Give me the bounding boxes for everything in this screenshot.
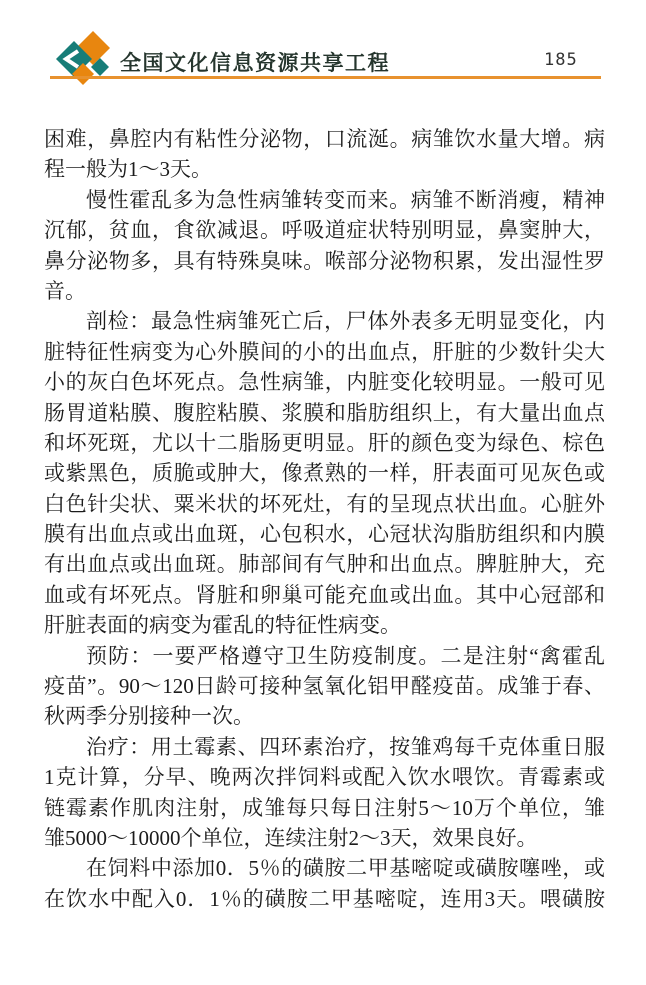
text-line: 在饲料中添加0．5％的磺胺二甲基嘧啶或磺胺噻唑，或 [44,853,605,883]
page-number: 185 [544,50,578,70]
text-line: 血或有坏死点。肾脏和卵巢可能充血或出血。其中心冠部和 [44,580,605,610]
text-line: 链霉素作肌肉注射，成雏每只每日注射5～10万个单位，雏 [44,793,605,823]
book-page: 全国文化信息资源共享工程 185 困难，鼻腔内有粘性分泌物，口流涎。病雏饮水量大… [0,0,646,985]
text-line: 预防：一要严格遵守卫生防疫制度。二是注射“禽霍乱 [44,641,605,671]
text-line: 音。 [44,276,605,306]
text-line: 治疗：用土霉素、四环素治疗，按雏鸡每千克体重日服 [44,732,605,762]
text-line: 雏5000～10000个单位，连续注射2～3天，效果良好。 [44,823,605,853]
text-line: 有出血点或出血斑。肺部间有气肿和出血点。脾脏肿大，充 [44,549,605,579]
text-line: 秋两季分别接种一次。 [44,701,605,731]
text-line: 在饮水中配入0．1％的磺胺二甲基嘧啶，连用3天。喂磺胺 [44,884,605,914]
text-line: 沉郁，贫血，食欲减退。呼吸道症状特别明显，鼻窦肿大， [44,215,605,245]
text-line: 1克计算，分早、晚两次拌饲料或配入饮水喂饮。青霉素或 [44,762,605,792]
text-line: 和坏死斑，尤以十二脂肠更明显。肝的颜色变为绿色、棕色 [44,428,605,458]
text-line: 或紫黑色，质脆或肿大，像煮熟的一样，肝表面可见灰色或 [44,458,605,488]
header-divider [50,76,601,79]
text-line: 鼻分泌物多，具有特殊臭味。喉部分泌物积累，发出湿性罗 [44,246,605,276]
header-title: 全国文化信息资源共享工程 [120,47,390,77]
text-line: 膜有出血点或出血斑，心包积水，心冠状沟脂肪组织和内膜 [44,519,605,549]
text-line: 小的灰白色坏死点。急性病雏，内脏变化较明显。一般可见 [44,367,605,397]
text-line: 疫苗”。90～120日龄可接种氢氧化铝甲醛疫苗。成雏于春、 [44,671,605,701]
text-line: 剖检：最急性病雏死亡后，尸体外表多无明显变化，内 [44,306,605,336]
text-line: 困难，鼻腔内有粘性分泌物，口流涎。病雏饮水量大增。病 [44,124,605,154]
text-line: 脏特征性病变为心外膜间的小的出血点，肝脏的少数针尖大 [44,337,605,367]
text-line: 慢性霍乱多为急性病雏转变而来。病雏不断消瘦，精神 [44,185,605,215]
body-text: 困难，鼻腔内有粘性分泌物，口流涎。病雏饮水量大增。病程一般为1～3天。慢性霍乱多… [44,124,605,914]
text-line: 白色针尖状、粟米状的坏死灶，有的呈现点状出血。心脏外 [44,489,605,519]
text-line: 肠胃道粘膜、腹腔粘膜、浆膜和脂肪组织上，有大量出血点 [44,398,605,428]
text-line: 肝脏表面的病变为霍乱的特征性病变。 [44,610,605,640]
text-line: 程一般为1～3天。 [44,154,605,184]
